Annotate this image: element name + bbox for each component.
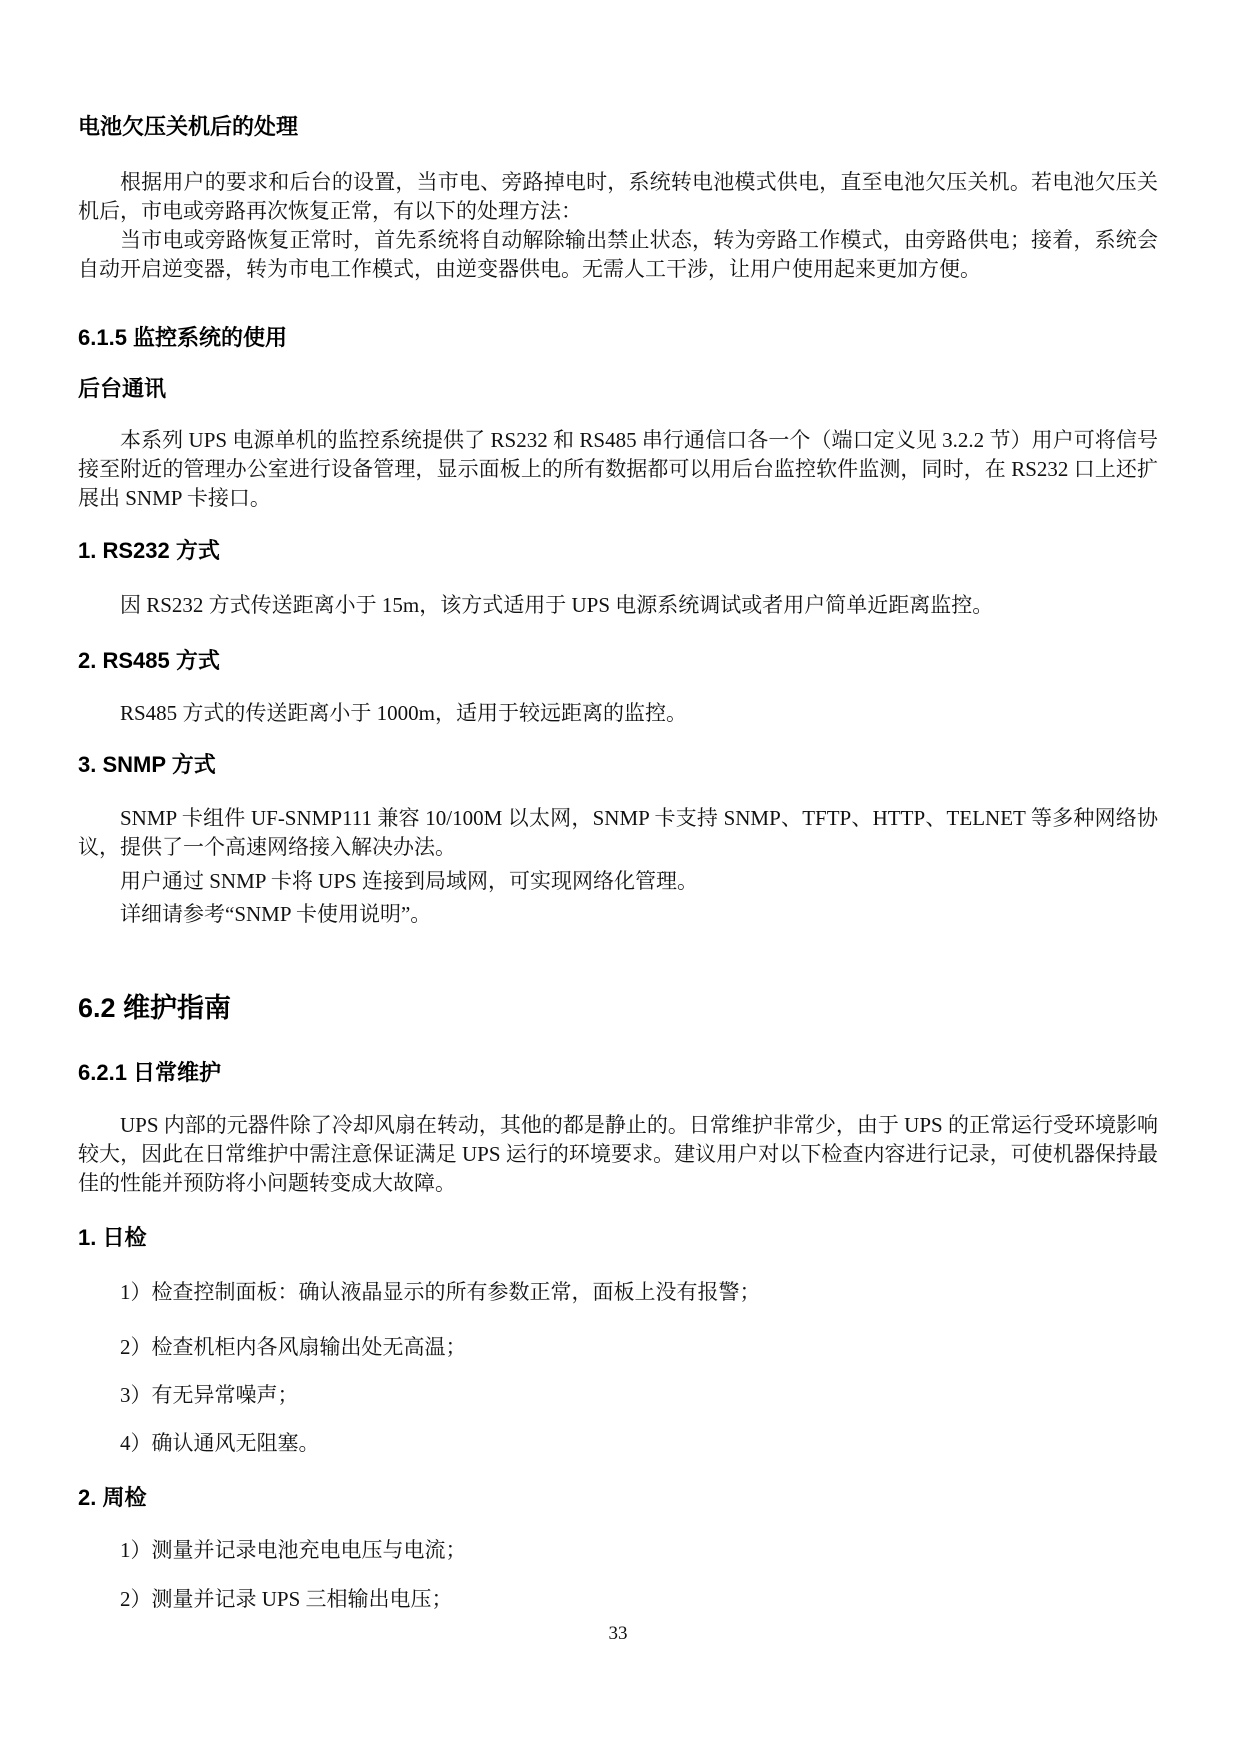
heading-monitoring-system-usage: 6.1.5 监控系统的使用 bbox=[78, 324, 1158, 352]
heading-weekly-check: 2. 周检 bbox=[78, 1484, 1158, 1512]
paragraph-rs232: 因 RS232 方式传送距离小于 15m，该方式适用于 UPS 电源系统调试或者… bbox=[78, 591, 1158, 620]
list-item-weekly-2: 2）测量并记录 UPS 三相输出电压； bbox=[78, 1585, 1158, 1614]
paragraph-rs485: RS485 方式的传送距离小于 1000m，适用于较远距离的监控。 bbox=[78, 699, 1158, 728]
page-number: 33 bbox=[78, 1620, 1158, 1648]
document-page: 电池欠压关机后的处理 根据用户的要求和后台的设置，当市电、旁路掉电时，系统转电池… bbox=[0, 0, 1240, 1754]
paragraph-snmp-reference: 详细请参考“SNMP 卡使用说明”。 bbox=[78, 900, 1158, 929]
list-item-weekly-1: 1）测量并记录电池充电电压与电流； bbox=[78, 1536, 1158, 1565]
paragraph-battery-2: 当市电或旁路恢复正常时，首先系统将自动解除输出禁止状态，转为旁路工作模式，由旁路… bbox=[78, 226, 1158, 284]
paragraph-snmp-lan: 用户通过 SNMP 卡将 UPS 连接到局域网，可实现网络化管理。 bbox=[78, 867, 1158, 896]
paragraph-snmp: SNMP 卡组件 UF-SNMP111 兼容 10/100M 以太网，SNMP … bbox=[78, 804, 1158, 862]
paragraph-daily-maintenance-intro: UPS 内部的元器件除了冷却风扇在转动，其他的都是静止的。日常维护非常少，由于 … bbox=[78, 1111, 1158, 1198]
heading-maintenance-guide: 6.2 维护指南 bbox=[78, 991, 1158, 1025]
heading-snmp-mode: 3. SNMP 方式 bbox=[78, 751, 1158, 779]
list-item-daily-4: 4）确认通风无阻塞。 bbox=[78, 1429, 1158, 1458]
heading-battery-shutdown-handling: 电池欠压关机后的处理 bbox=[78, 113, 1158, 141]
heading-daily-check: 1. 日检 bbox=[78, 1224, 1158, 1252]
list-item-daily-1: 1）检查控制面板：确认液晶显示的所有参数正常，面板上没有报警； bbox=[78, 1278, 1158, 1307]
paragraph-battery-1: 根据用户的要求和后台的设置，当市电、旁路掉电时，系统转电池模式供电，直至电池欠压… bbox=[78, 168, 1158, 226]
list-item-daily-2: 2）检查机柜内各风扇输出处无高温； bbox=[78, 1333, 1158, 1362]
heading-rs485-mode: 2. RS485 方式 bbox=[78, 647, 1158, 675]
paragraph-monitoring-intro: 本系列 UPS 电源单机的监控系统提供了 RS232 和 RS485 串行通信口… bbox=[78, 426, 1158, 513]
heading-backend-communication: 后台通讯 bbox=[78, 375, 1158, 403]
heading-daily-maintenance: 6.2.1 日常维护 bbox=[78, 1059, 1158, 1087]
heading-rs232-mode: 1. RS232 方式 bbox=[78, 537, 1158, 565]
list-item-daily-3: 3）有无异常噪声； bbox=[78, 1381, 1158, 1410]
